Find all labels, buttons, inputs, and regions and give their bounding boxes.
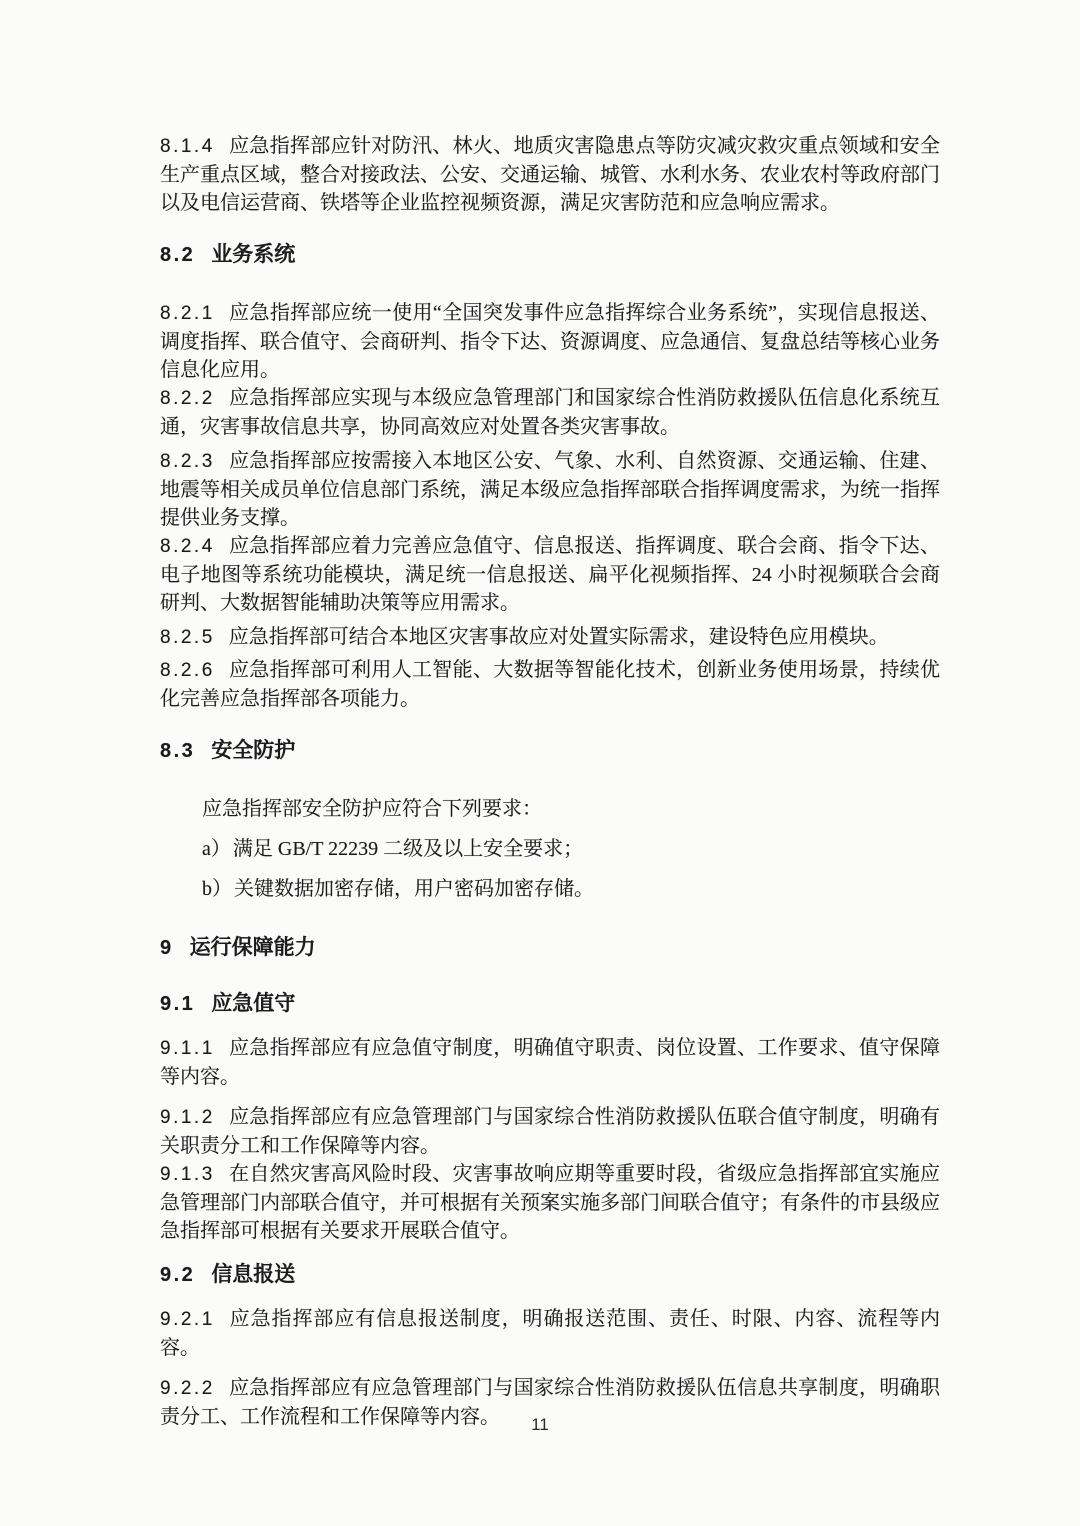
clause-number: 8.2.3	[160, 451, 215, 472]
clause-text: 应急指挥部可结合本地区灾害事故应对处置实际需求，建设特色应用模块。	[229, 626, 889, 648]
heading-text: 业务系统	[211, 243, 295, 266]
clause-number: 8.2.5	[160, 627, 215, 648]
heading-number: 8.2	[160, 244, 195, 266]
heading-number: 9	[160, 937, 174, 959]
list-marker: a）	[202, 838, 231, 860]
clause-number: 8.2.6	[160, 660, 215, 681]
page-number: 11	[0, 1414, 1080, 1436]
list-text: 关键数据加密存储，用户密码加密存储。	[234, 878, 594, 900]
heading-text: 应急值守	[211, 992, 295, 1015]
clause-text: 应急指挥部应统一使用“全国突发事件应急指挥综合业务系统”，实现信息报送、调度指挥…	[160, 302, 940, 381]
clause-number: 9.1.3	[160, 1164, 215, 1185]
clause-9-2-1: 9.2.1应急指挥部应有信息报送制度，明确报送范围、责任、时限、内容、流程等内容…	[160, 1305, 940, 1362]
clause-9-1-3: 9.1.3在自然灾害高风险时段、灾害事故响应期等重要时段，省级应急指挥部宜实施应…	[160, 1160, 940, 1245]
clause-number: 9.2.1	[160, 1309, 215, 1330]
clause-number: 8.2.4	[160, 536, 215, 557]
section-heading-9-2: 9.2信息报送	[160, 1261, 940, 1289]
clause-9-1-1: 9.1.1应急指挥部应有应急值守制度，明确值守职责、岗位设置、工作要求、值守保障…	[160, 1034, 940, 1091]
clause-8-2-6: 8.2.6应急指挥部可利用人工智能、大数据等智能化技术，创新业务使用场景，持续优…	[160, 656, 940, 713]
clause-9-1-2: 9.1.2应急指挥部应有应急管理部门与国家综合性消防救援队伍联合值守制度，明确有…	[160, 1103, 940, 1160]
section-heading-9-1: 9.1应急值守	[160, 990, 940, 1018]
clause-8-2-1: 8.2.1应急指挥部应统一使用“全国突发事件应急指挥综合业务系统”，实现信息报送…	[160, 299, 940, 384]
clause-8-2-4: 8.2.4应急指挥部应着力完善应急值守、信息报送、指挥调度、联合会商、指令下达、…	[160, 532, 940, 617]
clause-text: 应急指挥部应有应急值守制度，明确值守职责、岗位设置、工作要求、值守保障等内容。	[160, 1037, 940, 1088]
list-item-a: a）满足 GB/T 22239 二级及以上安全要求；	[160, 835, 940, 863]
list-text: 满足 GB/T 22239 二级及以上安全要求；	[233, 838, 583, 860]
clause-text: 应急指挥部应着力完善应急值守、信息报送、指挥调度、联合会商、指令下达、电子地图等…	[160, 535, 940, 614]
chapter-heading-9: 9运行保障能力	[160, 934, 940, 962]
clause-text: 应急指挥部应实现与本级应急管理部门和国家综合性消防救援队伍信息化系统互通，灾害事…	[160, 387, 940, 438]
heading-text: 安全防护	[211, 739, 295, 762]
section-heading-8-2: 8.2业务系统	[160, 241, 940, 269]
list-item-b: b）关键数据加密存储，用户密码加密存储。	[160, 875, 940, 903]
section-heading-8-3: 8.3安全防护	[160, 737, 940, 765]
heading-text: 信息报送	[211, 1263, 295, 1286]
clause-number: 9.1.1	[160, 1038, 215, 1059]
clause-number: 9.1.2	[160, 1107, 215, 1128]
clause-text: 应急指挥部应针对防汛、林火、地质灾害隐患点等防灾减灾救灾重点领域和安全生产重点区…	[160, 135, 940, 214]
heading-number: 9.2	[160, 1264, 195, 1286]
clause-number: 8.2.1	[160, 303, 215, 324]
clause-8-2-5: 8.2.5应急指挥部可结合本地区灾害事故应对处置实际需求，建设特色应用模块。	[160, 623, 940, 652]
document-page: 8.1.4应急指挥部应针对防汛、林火、地质灾害隐患点等防灾减灾救灾重点领域和安全…	[0, 0, 1080, 1526]
clause-text: 应急指挥部应有应急管理部门与国家综合性消防救援队伍联合值守制度，明确有关职责分工…	[160, 1106, 940, 1157]
clause-number: 8.2.2	[160, 388, 215, 409]
clause-8-2-3: 8.2.3应急指挥部应按需接入本地区公安、气象、水利、自然资源、交通运输、住建、…	[160, 447, 940, 532]
clause-text: 在自然灾害高风险时段、灾害事故响应期等重要时段，省级应急指挥部宜实施应急管理部门…	[160, 1163, 940, 1242]
heading-text: 运行保障能力	[190, 936, 316, 959]
clause-number: 9.2.2	[160, 1378, 215, 1399]
intro-paragraph-security: 应急指挥部安全防护应符合下列要求：	[160, 795, 940, 823]
paragraph-text: 应急指挥部安全防护应符合下列要求：	[202, 798, 542, 820]
list-marker: b）	[202, 878, 232, 900]
clause-text: 应急指挥部应有信息报送制度，明确报送范围、责任、时限、内容、流程等内容。	[160, 1308, 940, 1359]
clause-text: 应急指挥部应按需接入本地区公安、气象、水利、自然资源、交通运输、住建、地震等相关…	[160, 450, 940, 529]
heading-number: 9.1	[160, 993, 195, 1015]
clause-number: 8.1.4	[160, 136, 215, 157]
clause-text: 应急指挥部可利用人工智能、大数据等智能化技术，创新业务使用场景，持续优化完善应急…	[160, 659, 940, 710]
heading-number: 8.3	[160, 740, 195, 762]
page-content: 8.1.4应急指挥部应针对防汛、林火、地质灾害隐患点等防灾减灾救灾重点领域和安全…	[160, 132, 940, 1431]
clause-8-1-4: 8.1.4应急指挥部应针对防汛、林火、地质灾害隐患点等防灾减灾救灾重点领域和安全…	[160, 132, 940, 217]
clause-8-2-2: 8.2.2应急指挥部应实现与本级应急管理部门和国家综合性消防救援队伍信息化系统互…	[160, 384, 940, 441]
